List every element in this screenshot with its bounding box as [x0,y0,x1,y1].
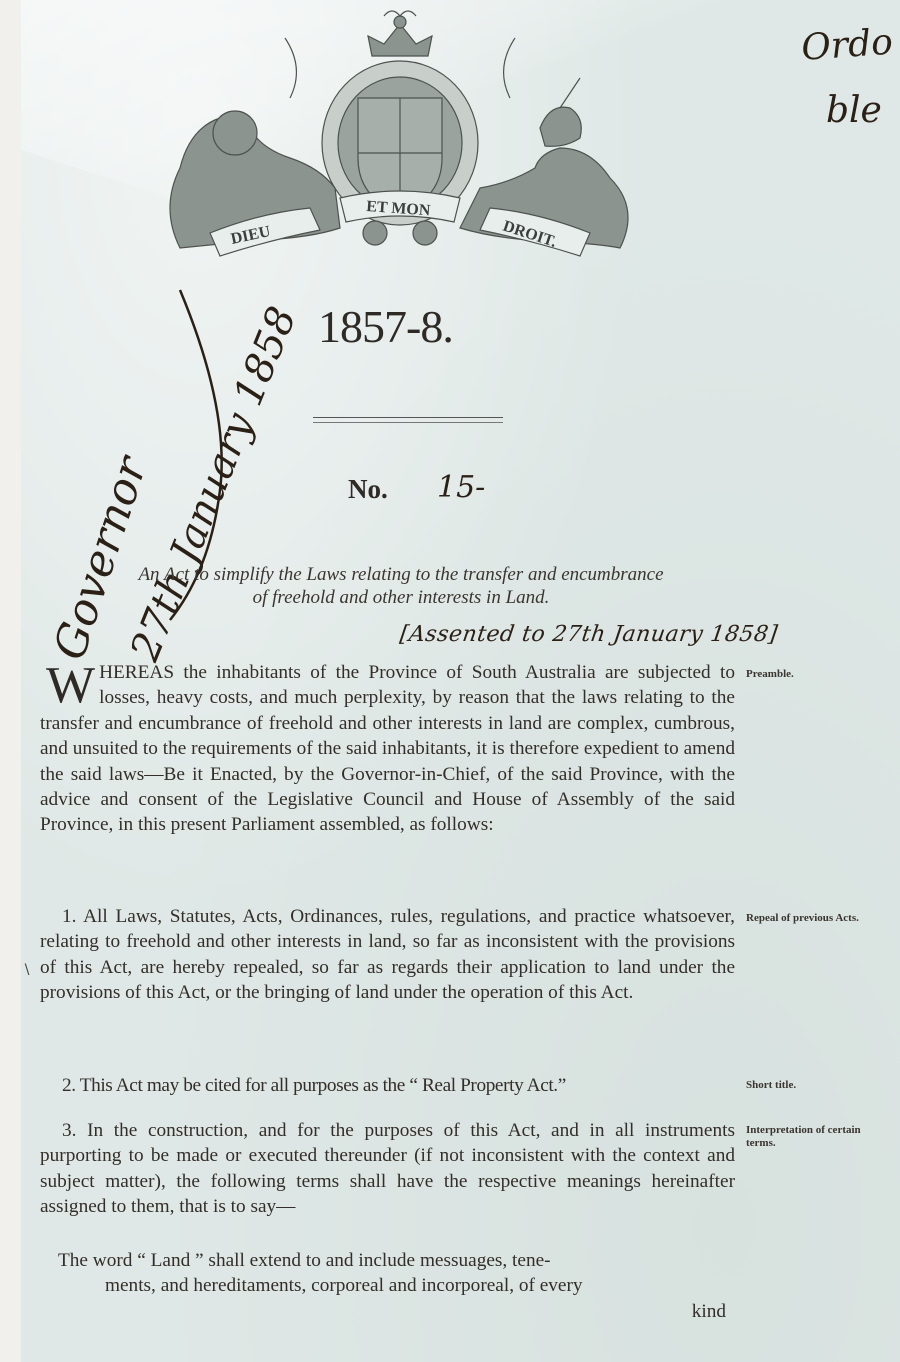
handwritten-note-top-right-2: ble [826,90,882,131]
session-year: 1857-8. [318,300,453,353]
preamble-text: HEREAS the inhabitants of the Province o… [40,662,735,835]
preamble-dropcap: W [46,664,95,708]
act-number-label: No. [348,474,388,505]
section-1: 1. All Laws, Statutes, Acts, Ordinances,… [40,904,735,1006]
coat-of-arms-icon: DIEU ET MON DROIT. [140,8,660,258]
handwritten-assent-date: [Assented to 27th January 1858] [398,622,779,647]
section-2: 2. This Act may be cited for all purpose… [40,1073,735,1098]
section-3: 3. In the construction, and for the purp… [40,1118,735,1220]
margin-note-section-2: Short title. [746,1079,886,1092]
definition-line-3: kind [58,1299,726,1324]
margin-note-section-1: Repeal of previous Acts. [746,912,876,925]
royal-coat-of-arms: DIEU ET MON DROIT. [140,8,660,258]
preamble-paragraph: WHEREAS the inhabitants of the Province … [40,660,735,838]
definition-line-2: ments, and hereditaments, corporeal and … [58,1273,726,1298]
margin-tick-mark: ∖ [22,962,31,979]
act-long-title-line-2: of freehold and other interests in Land. [56,586,746,609]
handwritten-note-top-right-1: Ordo [800,22,894,69]
margin-note-preamble: Preamble. [746,668,886,681]
definition-line-1: The word “ Land ” shall extend to and in… [58,1248,726,1273]
act-long-title: An Act to simplify the Laws relating to … [56,563,746,609]
act-long-title-line-1: An Act to simplify the Laws relating to … [56,563,746,586]
definition-land: The word “ Land ” shall extend to and in… [58,1248,726,1324]
act-number-handwritten: 15- [437,470,485,505]
margin-note-section-3: Interpretation of certain terms. [746,1124,866,1150]
title-divider [313,417,503,423]
